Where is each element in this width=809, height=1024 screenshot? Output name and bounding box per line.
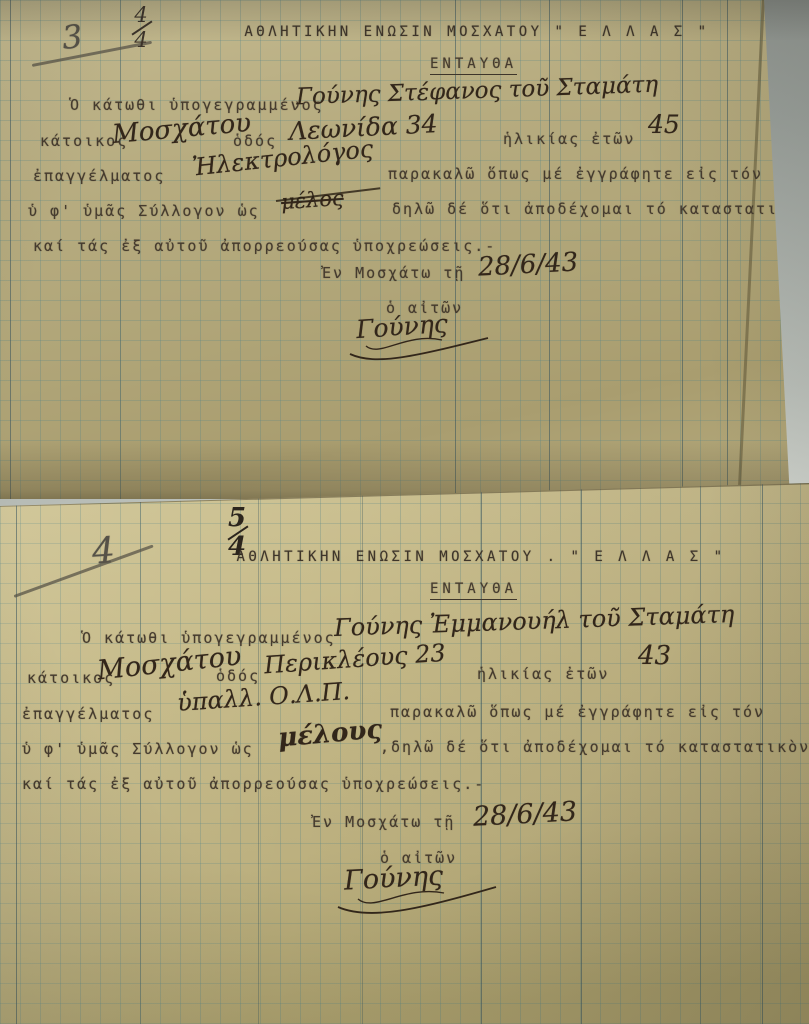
delivery-line: ΕΝΤΑΥΘΑ: [430, 581, 517, 600]
date-handwritten: 28/6/43: [472, 796, 578, 832]
accept-typed: ,δηλῶ δέ ὅτι ἀποδέχομαι τό καταστατικὸν: [380, 738, 809, 756]
signature: Γούνης: [344, 863, 443, 894]
ledger-line: [727, 0, 728, 499]
request-typed: παρακαλῶ ὅπως μέ ἐγγράφητε εἰς τόν: [390, 703, 765, 721]
occupation-label: ἐπαγγέλματος: [22, 705, 154, 723]
org-header: ΑΘΛΗΤΙΚΗΝ ΕΝΩΣΙΝ ΜΟΣΧΑΤΟΥ . " Ε Λ Λ Α Σ …: [236, 549, 726, 565]
applicant-name-handwritten: Γούνης Στέφανος τοῦ Σταμάτη: [296, 72, 659, 111]
obligations-typed: καί τάς ἐξ αὐτοῦ ἀπορρεούσας ὑποχρεώσεις…: [22, 775, 485, 793]
residence-handwritten: Μοσχάτου: [111, 108, 252, 150]
signature: Γούνης: [356, 312, 448, 341]
occupation-handwritten: Ἠλεκτρολόγος: [191, 135, 374, 182]
age-handwritten: 45: [648, 110, 680, 139]
member-clause-typed: ὑ φ' ὑμᾶς Σύλλογον ὡς: [22, 740, 254, 758]
date-handwritten: 28/6/43: [477, 247, 579, 282]
application-form-1: 3 4 4 ΑΘΛΗΤΙΚΗΝ ΕΝΩΣΙΝ ΜΟΣΧΑΤΟΥ " Ε Λ Λ …: [0, 0, 809, 499]
application-form-2: 4 5 4 ΑΘΛΗΤΙΚΗΝ ΕΝΩΣΙΝ ΜΟΣΧΑΤΟΥ . " Ε Λ …: [0, 483, 809, 1024]
age-label: ἡλικίας ἐτῶν: [503, 130, 635, 148]
accept-typed: δηλῶ δέ ὅτι ἀποδέχομαι τό καταστατικὸ: [392, 200, 800, 218]
org-header: ΑΘΛΗΤΙΚΗΝ ΕΝΩΣΙΝ ΜΟΣΧΑΤΟΥ " Ε Λ Λ Α Σ ": [238, 24, 716, 40]
place-date-typed: Ἐν Μοσχάτω τῇ: [312, 813, 455, 831]
ref-fraction: 4 4: [128, 6, 154, 50]
ref-number: 3: [60, 17, 84, 57]
delivery-line: ΕΝΤΑΥΘΑ: [430, 56, 517, 75]
obligations-typed: καί τάς ἐξ αὐτοῦ ἀπορρεούσας ὑποχρεώσεις…: [33, 237, 496, 255]
member-clause-typed: ὑ φ' ὑμᾶς Σύλλογον ὡς: [28, 202, 260, 220]
request-typed: παρακαλῶ ὅπως μέ ἐγγράφητε εἰς τόν: [388, 165, 763, 183]
signature-flourish: [346, 326, 496, 366]
photograph-of-documents: 3 4 4 ΑΘΛΗΤΙΚΗΝ ΕΝΩΣΙΝ ΜΟΣΧΑΤΟΥ " Ε Λ Λ …: [0, 0, 809, 1024]
age-handwritten: 43: [638, 641, 671, 671]
place-date-typed: Ἐν Μοσχάτω τῇ: [322, 264, 465, 282]
street-label: ὁδός: [216, 667, 260, 685]
signature-flourish: [334, 877, 504, 921]
ledger-line: [16, 483, 17, 1024]
ledger-line: [10, 0, 11, 499]
paper-edge: [737, 0, 764, 506]
intro-typed: Ὁ κάτωθι ὑπογεγραμμένος: [70, 96, 324, 114]
ledger-line: [682, 0, 683, 499]
age-label: ἡλικίας ἐτῶν: [477, 665, 609, 683]
occupation-label: ἐπαγγέλματος: [33, 167, 165, 185]
